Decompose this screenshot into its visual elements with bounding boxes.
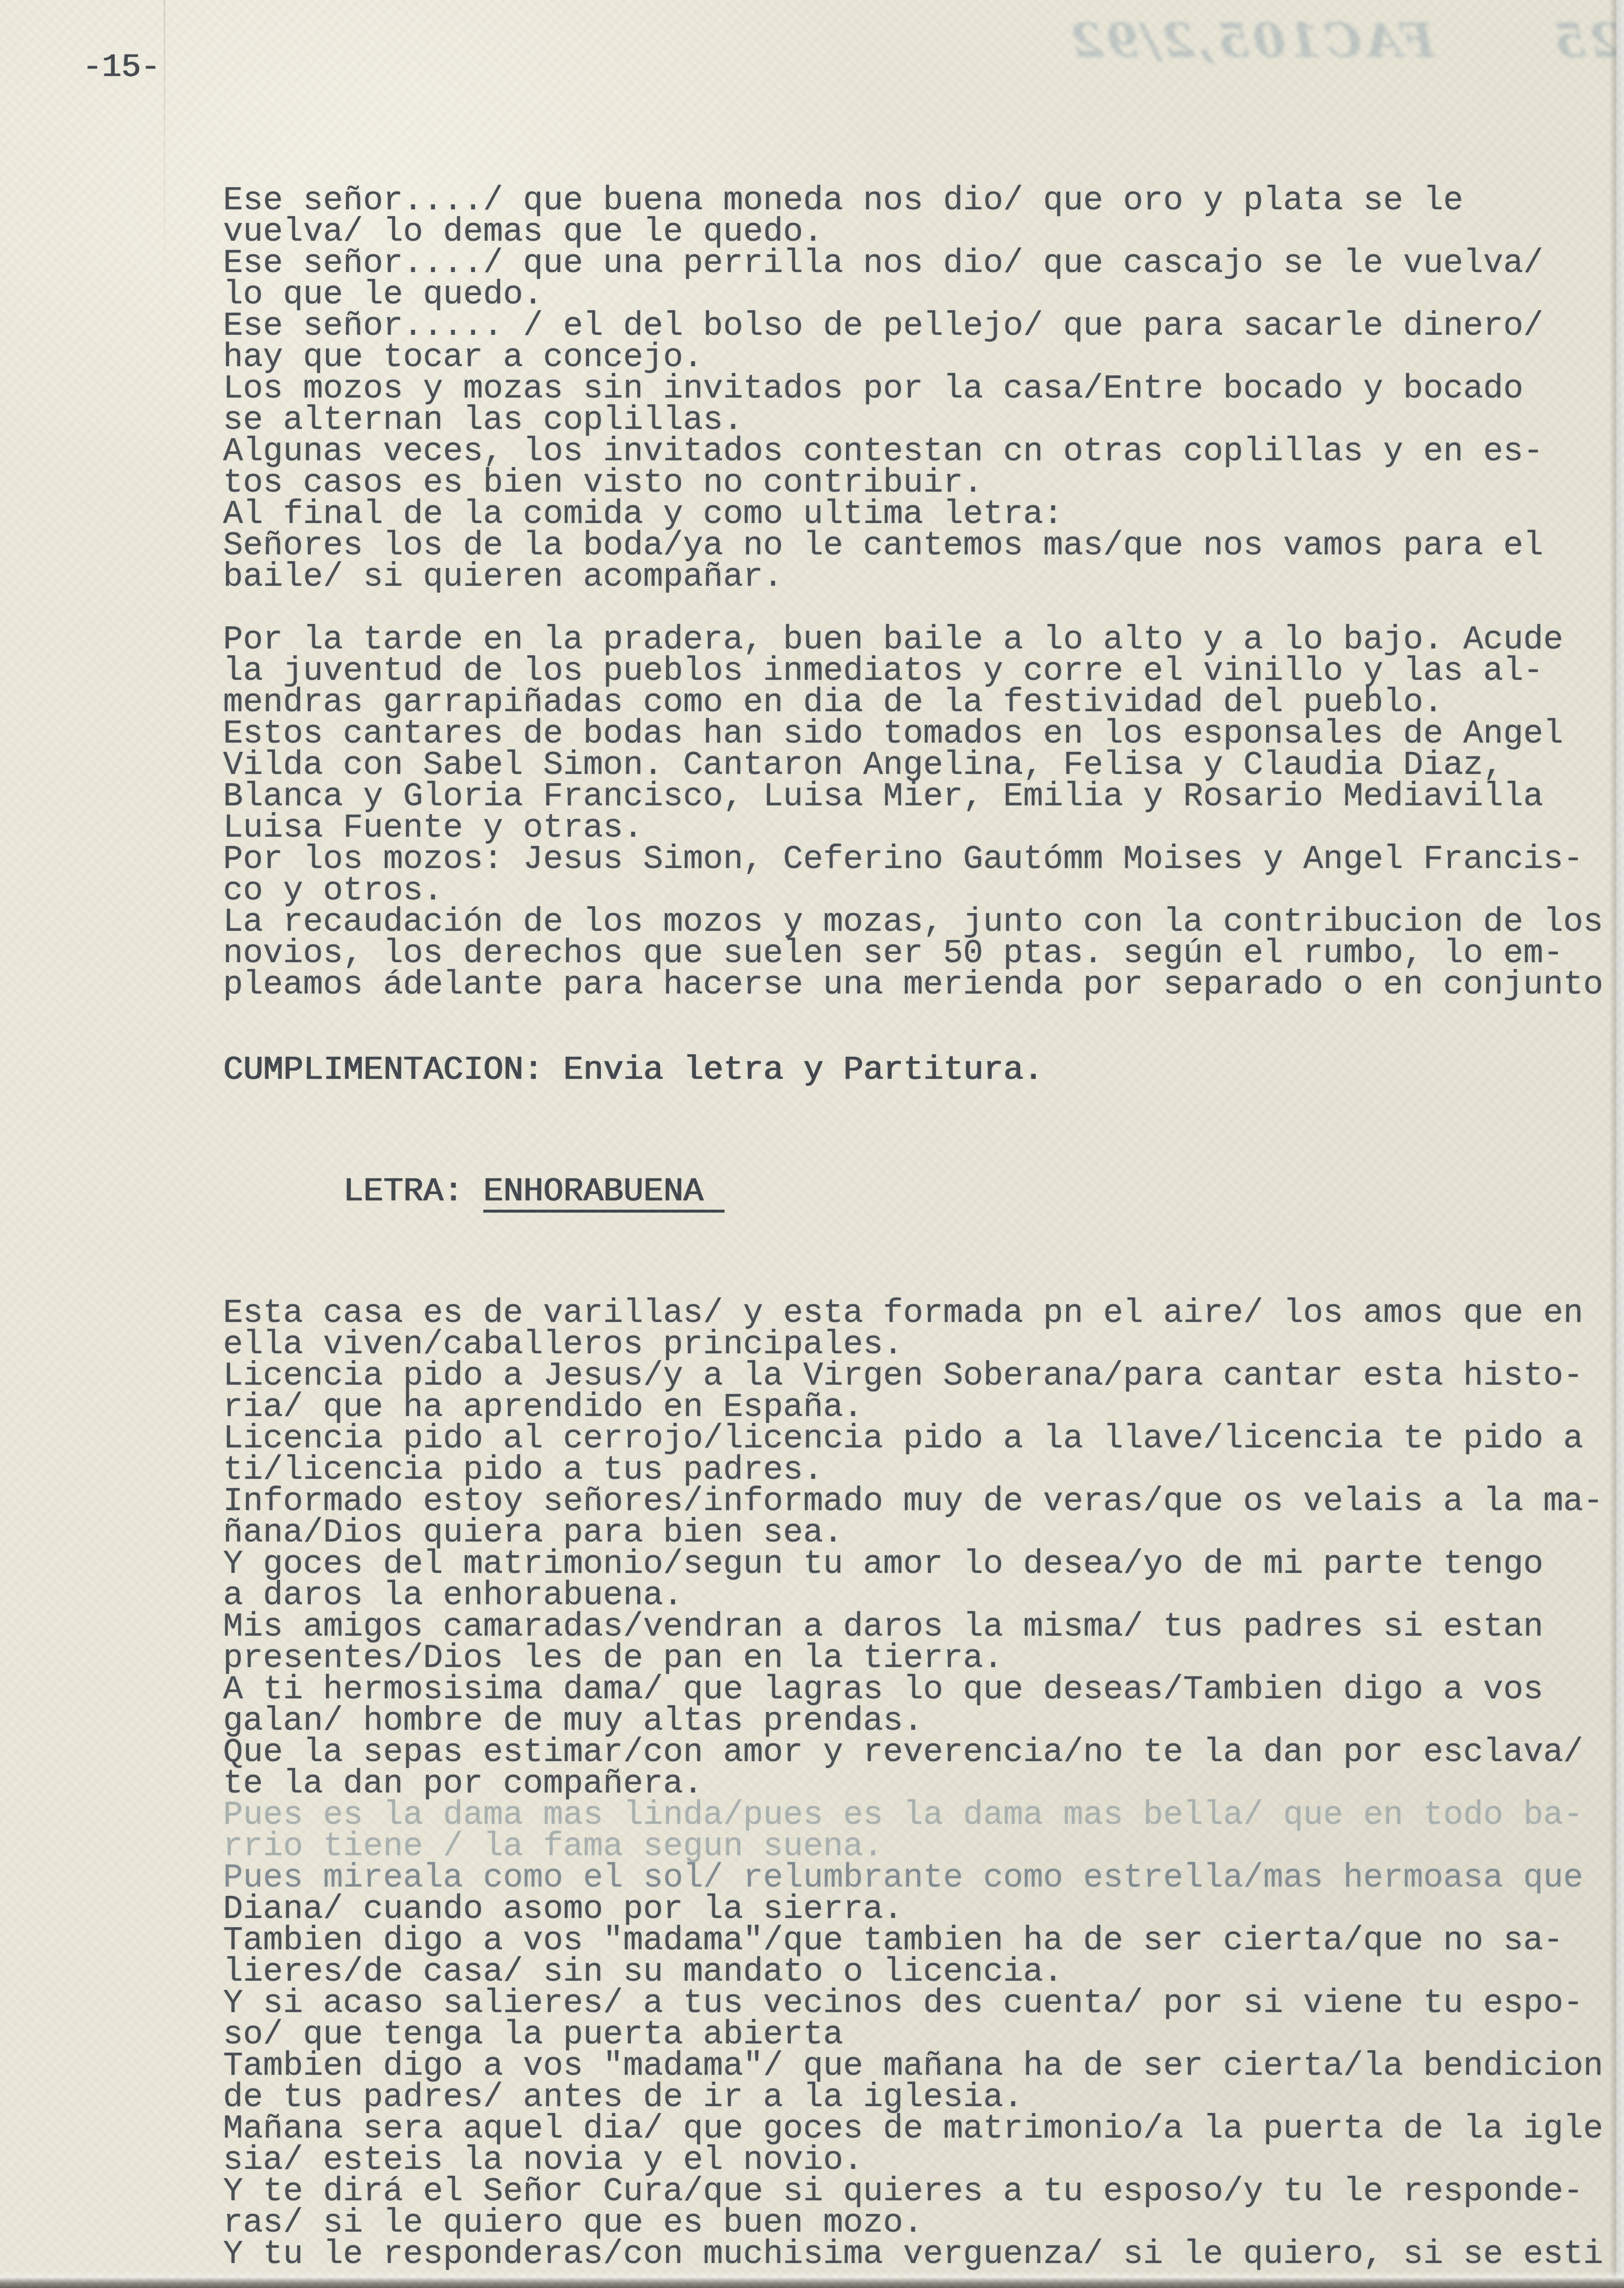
paragraph-coplas: Ese señor..../ que buena moneda nos dio/… xyxy=(223,185,1624,593)
typed-line: tos casos es bien visto no contribuir. xyxy=(223,468,1624,499)
typed-line-faded: Pues mireala como el sol/ relumbrante co… xyxy=(223,1863,1624,1894)
typed-line: Algunas veces, los invitados contestan c… xyxy=(223,436,1624,468)
typed-line: so/ que tenga la puerta abierta xyxy=(223,2019,1624,2051)
typed-line: de tus padres/ antes de ir a la iglesia. xyxy=(223,2082,1624,2114)
typed-line: Esta casa es de varillas/ y esta formada… xyxy=(223,1298,1624,1329)
scan-edge-right xyxy=(1609,0,1624,2288)
typed-line: presentes/Dios les de pan en la tierra. xyxy=(223,1643,1624,1674)
typed-line: Diana/ cuando asomo por la sierra. xyxy=(223,1894,1624,1925)
typed-line: La recaudación de los mozos y mozas, jun… xyxy=(223,907,1624,938)
typed-line: mendras garrapiñadas como en dia de la f… xyxy=(223,687,1624,719)
letra-label: LETRA: xyxy=(343,1173,483,1211)
typed-line: Luisa Fuente y otras. xyxy=(223,813,1624,844)
page-number: -15- xyxy=(82,49,160,86)
handwritten-bleedthrough: 25 FAC105,2/92 xyxy=(1068,14,1622,68)
typed-line: se alternan las coplillas. xyxy=(223,405,1624,436)
typed-line: lieres/de casa/ sin su mandato o licenci… xyxy=(223,1957,1624,1988)
paper-crease xyxy=(164,0,165,314)
typed-line: Ese señor..... / el del bolso de pellejo… xyxy=(223,311,1624,342)
typed-line-faded: Pues es la dama mas linda/pues es la dam… xyxy=(223,1800,1624,1831)
typed-line: hay que tocar a concejo. xyxy=(223,342,1624,373)
typed-line: la juventud de los pueblos inmediatos y … xyxy=(223,656,1624,687)
typed-line: vuelva/ lo demas que le quedo. xyxy=(223,217,1624,248)
typed-line: Licencia pido a Jesus/y a la Virgen Sobe… xyxy=(223,1361,1624,1392)
typed-line: Y te dirá el Señor Cura/que si quieres a… xyxy=(223,2176,1624,2208)
typed-line: Los mozos y mozas sin invitados por la c… xyxy=(223,373,1624,405)
typed-line: Tambien digo a vos "madama"/que tambien … xyxy=(223,1925,1624,1957)
typed-text: Ese señor..../ que buena moneda nos dio/… xyxy=(223,185,1624,2270)
typed-line: ñana/Dios quiera para bien sea. xyxy=(223,1517,1624,1549)
typed-line: sia/ esteis la novia y el novio. xyxy=(223,2145,1624,2176)
typed-line: Mañana sera aquel dia/ que goces de matr… xyxy=(223,2114,1624,2145)
typed-line: Informado estoy señores/informado muy de… xyxy=(223,1486,1624,1517)
typed-line: Mis amigos camaradas/vendran a daros la … xyxy=(223,1612,1624,1643)
letra-heading: LETRA: ENHORABUENA xyxy=(223,1145,1624,1244)
typed-line: te la dan por compañera. xyxy=(223,1768,1624,1800)
typed-line: Ese señor..../ que buena moneda nos dio/… xyxy=(223,185,1624,217)
typed-line: ras/ si le quiero que es buen mozo. xyxy=(223,2208,1624,2239)
paragraph-pradera: Por la tarde en la pradera, buen baile a… xyxy=(223,624,1624,1001)
typed-line: ella viven/caballeros principales. xyxy=(223,1329,1624,1361)
typed-line: Ese señor..../ que una perrilla nos dio/… xyxy=(223,248,1624,279)
typed-line: Tambien digo a vos "madama"/ que mañana … xyxy=(223,2051,1624,2082)
typed-line: A ti hermosisima dama/ que lagras lo que… xyxy=(223,1674,1624,1706)
typed-line: ria/ que ha aprendido en España. xyxy=(223,1392,1624,1423)
scan-edge-bottom xyxy=(0,2271,1624,2288)
typed-line: lo que le quedo. xyxy=(223,279,1624,311)
typed-line: baile/ si quieren acompañar. xyxy=(223,562,1624,593)
typed-line: Y goces del matrimonio/segun tu amor lo … xyxy=(223,1549,1624,1580)
letra-title: ENHORABUENA xyxy=(483,1178,725,1213)
typed-line: Estos cantares de bodas han sido tomados… xyxy=(223,719,1624,750)
typed-line: Vilda con Sabel Simon. Cantaron Angelina… xyxy=(223,750,1624,781)
typed-line: ti/licencia pido a tus padres. xyxy=(223,1455,1624,1486)
typed-line: novios, los derechos que suelen ser 50 p… xyxy=(223,938,1624,970)
typed-line: co y otros. xyxy=(223,875,1624,907)
typed-line: Que la sepas estimar/con amor y reverenc… xyxy=(223,1737,1624,1768)
typed-line: Y si acaso salieres/ a tus vecinos des c… xyxy=(223,1988,1624,2019)
typed-line: Al final de la comida y como ultima letr… xyxy=(223,499,1624,530)
typed-line: Y tu le responderas/con muchisima vergue… xyxy=(223,2239,1624,2270)
typed-line: Licencia pido al cerrojo/licencia pido a… xyxy=(223,1423,1624,1455)
scanned-page: 25 FAC105,2/92 -15- Ese señor..../ que b… xyxy=(0,0,1624,2288)
typed-line-faded: rrio tiene / la fama segun suena. xyxy=(223,1831,1624,1863)
typed-line: Por los mozos: Jesus Simon, Ceferino Gau… xyxy=(223,844,1624,875)
typed-line: pleamos ádelante para hacerse una merien… xyxy=(223,970,1624,1001)
typed-line: galan/ hombre de muy altas prendas. xyxy=(223,1706,1624,1737)
typed-line: Señores los de la boda/ya no le cantemos… xyxy=(223,530,1624,562)
typed-line: Blanca y Gloria Francisco, Luisa Mier, E… xyxy=(223,781,1624,813)
paragraph-enhorabuena: Esta casa es de varillas/ y esta formada… xyxy=(223,1298,1624,2270)
typed-line: Por la tarde en la pradera, buen baile a… xyxy=(223,624,1624,656)
typed-line: a daros la enhorabuena. xyxy=(223,1580,1624,1612)
cumplimentacion-line: CUMPLIMENTACION: Envia letra y Partitura… xyxy=(223,1055,1624,1086)
